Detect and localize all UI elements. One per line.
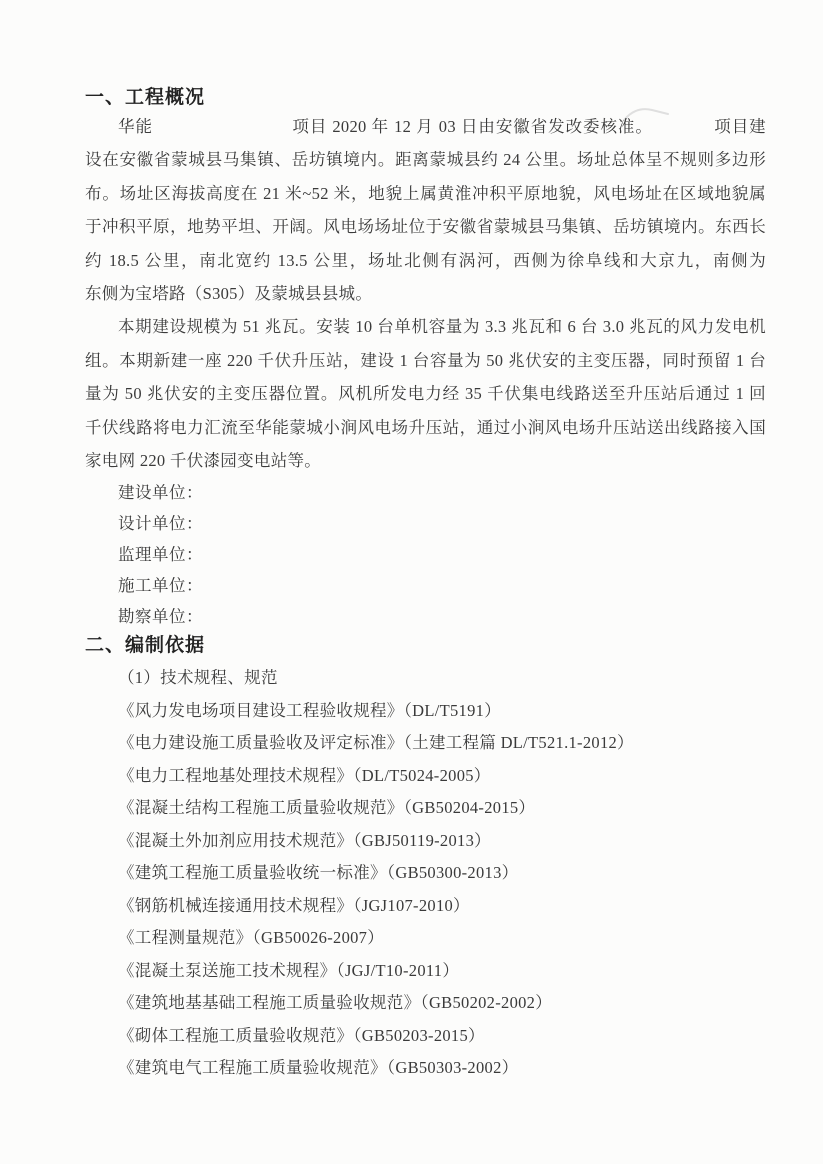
text-line: 设在安徽省蒙城县马集镇、岳坊镇境内。距离蒙城县约 24 公里。场址总体呈不规则多… — [85, 143, 766, 176]
text-line: 量为 50 兆伏安的主变压器位置。风机所发电力经 35 千伏集电线路送至升压站后… — [85, 377, 766, 410]
text-line: 东侧为宝塔路（S305）及蒙城县县城。 — [85, 277, 766, 310]
text-line: 家电网 220 千伏漆园变电站等。 — [85, 444, 766, 477]
unit-label-line: 监理单位： — [85, 539, 766, 570]
standard-item: 《混凝土结构工程施工质量验收规范》（GB50204-2015） — [85, 792, 766, 825]
text-line: 本期建设规模为 51 兆瓦。安装 10 台单机容量为 3.3 兆瓦和 6 台 3… — [85, 310, 766, 343]
unit-label-line: 施工单位： — [85, 570, 766, 601]
unit-label-line: 设计单位： — [85, 508, 766, 539]
standard-item: 《建筑工程施工质量验收统一标准》（GB50300-2013） — [85, 857, 766, 890]
standard-item: 《混凝土泵送施工技术规程》（JGJ/T10-2011） — [85, 955, 766, 988]
standard-item: 《建筑电气工程施工质量验收规范》（GB50303-2002） — [85, 1052, 766, 1085]
standard-item: 《钢筋机械连接通用技术规程》（JGJ107-2010） — [85, 890, 766, 923]
text-line: 约 18.5 公里，南北宽约 13.5 公里，场址北侧有涡河，西侧为徐阜线和大京… — [85, 244, 766, 277]
standard-item: 《建筑地基基础工程施工质量验收规范》（GB50202-2002） — [85, 987, 766, 1020]
standard-item: 《电力建设施工质量验收及评定标准》（土建工程篇 DL/T521.1-2012） — [85, 727, 766, 760]
standard-item: 《混凝土外加剂应用技术规范》（GBJ50119-2013） — [85, 825, 766, 858]
section1-heading: 一、工程概况 — [85, 86, 766, 110]
project-overview-paragraph: 华能 项目 2020 年 12 月 03 日由安徽省发改委核准。 项目建 设在安… — [85, 110, 766, 310]
text-line: 华能 项目 2020 年 12 月 03 日由安徽省发改委核准。 项目建 — [85, 110, 766, 143]
text-line: 组。本期新建一座 220 千伏升压站，建设 1 台容量为 50 兆伏安的主变压器… — [85, 344, 766, 377]
text-line: 布。场址区海拔高度在 21 米~52 米，地貌上属黄淮冲积平原地貌，风电场址在区… — [85, 177, 766, 210]
unit-label-line: 建设单位： — [85, 477, 766, 508]
construction-scale-paragraph: 本期建设规模为 51 兆瓦。安装 10 台单机容量为 3.3 兆瓦和 6 台 3… — [85, 310, 766, 477]
document-page: 一、工程概况 华能 项目 2020 年 12 月 03 日由安徽省发改委核准。 … — [0, 0, 823, 1164]
standard-item: 《工程测量规范》（GB50026-2007） — [85, 922, 766, 955]
standard-item: 《电力工程地基处理技术规程》（DL/T5024-2005） — [85, 760, 766, 793]
unit-list: 建设单位： 设计单位： 监理单位： 施工单位： 勘察单位： — [85, 477, 766, 632]
page-content: 一、工程概况 华能 项目 2020 年 12 月 03 日由安徽省发改委核准。 … — [85, 86, 766, 1085]
standard-item: 《风力发电场项目建设工程验收规程》（DL/T5191） — [85, 695, 766, 728]
standards-intro-line: （1）技术规程、规范 — [85, 662, 766, 695]
unit-label-line: 勘察单位： — [85, 601, 766, 632]
standards-list: （1）技术规程、规范 《风力发电场项目建设工程验收规程》（DL/T5191） 《… — [85, 662, 766, 1085]
text-line: 千伏线路将电力汇流至华能蒙城小涧风电场升压站，通过小涧风电场升压站送出线路接入国 — [85, 411, 766, 444]
section2-heading: 二、编制依据 — [85, 634, 766, 658]
text-line: 于冲积平原，地势平坦、开阔。风电场场址位于安徽省蒙城县马集镇、岳坊镇境内。东西长 — [85, 210, 766, 243]
standard-item: 《砌体工程施工质量验收规范》（GB50203-2015） — [85, 1020, 766, 1053]
